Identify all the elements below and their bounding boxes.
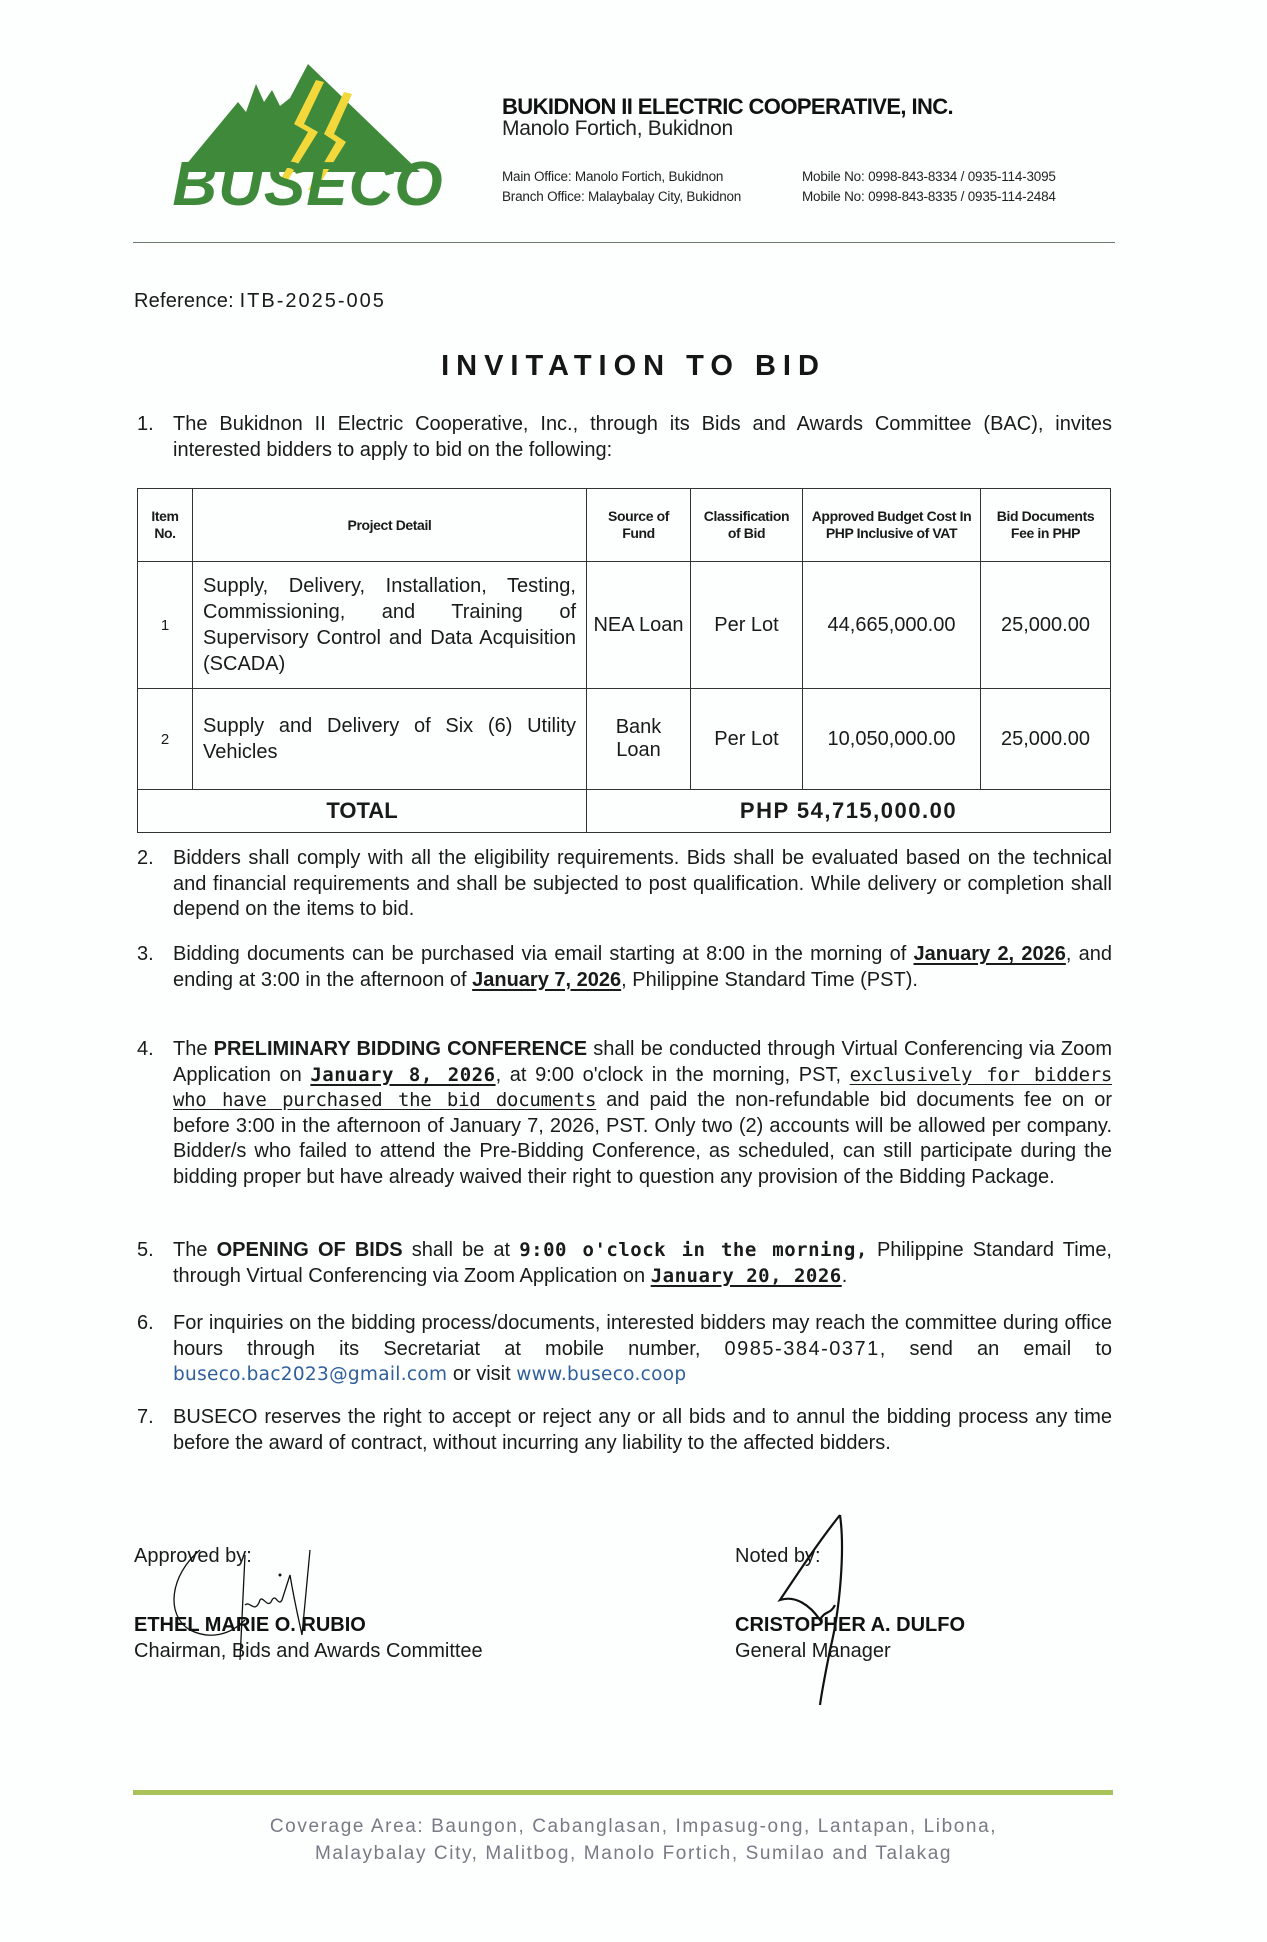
text-segment: shall be at bbox=[403, 1239, 520, 1261]
paragraph-number: 7. bbox=[137, 1405, 154, 1431]
cell-item-no: 1 bbox=[138, 562, 193, 689]
cell-source-of-fund: Bank Loan bbox=[587, 689, 691, 790]
purchase-start-date: January 2, 2026 bbox=[914, 943, 1066, 965]
org-location: Manolo Fortich, Bukidnon bbox=[502, 117, 733, 141]
paragraph-number: 1. bbox=[137, 412, 154, 438]
paragraph-5: 5. The OPENING OF BIDS shall be at 9:00 … bbox=[137, 1238, 1112, 1289]
paragraph-7: 7. BUSECO reserves the right to accept o… bbox=[137, 1405, 1112, 1456]
table-header-row: Item No. Project Detail Source of Fund C… bbox=[138, 489, 1111, 562]
header-divider bbox=[133, 242, 1115, 243]
paragraph-text: The OPENING OF BIDS shall be at 9:00 o'c… bbox=[173, 1238, 1112, 1289]
text-segment: , send an email to bbox=[880, 1338, 1112, 1360]
paragraph-text: Bidding documents can be purchased via e… bbox=[173, 942, 1112, 993]
text-segment: The bbox=[173, 1239, 217, 1261]
cell-abc: 10,050,000.00 bbox=[803, 689, 981, 790]
paragraph-number: 6. bbox=[137, 1311, 154, 1337]
preliminary-conference-label: PRELIMINARY BIDDING CONFERENCE bbox=[214, 1038, 587, 1060]
paragraph-3: 3. Bidding documents can be purchased vi… bbox=[137, 942, 1112, 993]
mountain-bolt-logo-icon: BUSECO bbox=[168, 62, 458, 210]
total-label: TOTAL bbox=[138, 790, 587, 833]
email-link[interactable]: buseco.bac2023@gmail.com bbox=[173, 1364, 447, 1385]
text-segment: or visit bbox=[447, 1363, 516, 1385]
paragraph-6: 6. For inquiries on the bidding process/… bbox=[137, 1311, 1112, 1388]
cell-classification: Per Lot bbox=[691, 689, 803, 790]
signature-icon bbox=[760, 1510, 920, 1710]
signature-icon bbox=[160, 1545, 380, 1665]
cell-project-detail: Supply and Delivery of Six (6) Utility V… bbox=[193, 689, 587, 790]
table-total-row: TOTAL PHP 54,715,000.00 bbox=[138, 790, 1111, 833]
main-office: Main Office: Manolo Fortich, Bukidnon bbox=[502, 169, 723, 184]
cell-project-detail: Supply, Delivery, Installation, Testing,… bbox=[193, 562, 587, 689]
paragraph-1: 1. The Bukidnon II Electric Cooperative,… bbox=[137, 412, 1112, 463]
branch-office: Branch Office: Malaybalay City, Bukidnon bbox=[502, 189, 741, 204]
text-segment: . bbox=[842, 1265, 848, 1287]
reference: Reference: ITB-2025-005 bbox=[134, 290, 386, 313]
cell-item-no: 2 bbox=[138, 689, 193, 790]
bid-items-table: Item No. Project Detail Source of Fund C… bbox=[137, 488, 1111, 833]
purchase-end-date: January 7, 2026 bbox=[472, 969, 621, 991]
main-mobile: Mobile No: 0998-843-8334 / 0935-114-3095 bbox=[802, 169, 1056, 184]
footer-divider bbox=[133, 1790, 1113, 1795]
cell-abc: 44,665,000.00 bbox=[803, 562, 981, 689]
total-amount: PHP 54,715,000.00 bbox=[587, 790, 1111, 833]
paragraph-number: 2. bbox=[137, 846, 154, 872]
secretariat-phone: 0985-384-0371 bbox=[725, 1338, 880, 1360]
branch-mobile: Mobile No: 0998-843-8335 / 0935-114-2484 bbox=[802, 189, 1056, 204]
cell-fee: 25,000.00 bbox=[981, 689, 1111, 790]
paragraph-4: 4. The PRELIMINARY BIDDING CONFERENCE sh… bbox=[137, 1037, 1112, 1190]
paragraph-2: 2. Bidders shall comply with all the eli… bbox=[137, 846, 1112, 923]
cell-source-of-fund: NEA Loan bbox=[587, 562, 691, 689]
text-segment: , Philippine Standard Time (PST). bbox=[621, 969, 918, 991]
opening-date: January 20, 2026 bbox=[651, 1265, 842, 1287]
paragraph-text: BUSECO reserves the right to accept or r… bbox=[173, 1405, 1112, 1456]
header-classification: Classification of Bid bbox=[691, 489, 803, 562]
paragraph-number: 4. bbox=[137, 1037, 154, 1063]
conference-date: January 8, 2026 bbox=[310, 1064, 495, 1086]
text-segment: , at 9:00 o'clock in the morning, PST, bbox=[496, 1064, 850, 1086]
coverage-area-line-2: Malaybalay City, Malitbog, Manolo Fortic… bbox=[0, 1840, 1267, 1867]
cell-classification: Per Lot bbox=[691, 562, 803, 689]
approver-signature bbox=[160, 1545, 380, 1665]
reference-number: ITB-2025-005 bbox=[240, 290, 386, 312]
buseco-logo: BUSECO bbox=[168, 62, 458, 210]
header-item-no: Item No. bbox=[138, 489, 193, 562]
page-title: INVITATION TO BID bbox=[0, 350, 1267, 383]
paragraph-text: The PRELIMINARY BIDDING CONFERENCE shall… bbox=[173, 1037, 1112, 1190]
cell-fee: 25,000.00 bbox=[981, 562, 1111, 689]
paragraph-text: Bidders shall comply with all the eligib… bbox=[173, 846, 1112, 923]
header-fee: Bid Documents Fee in PHP bbox=[981, 489, 1111, 562]
header-project-detail: Project Detail bbox=[193, 489, 587, 562]
table-row: 1 Supply, Delivery, Installation, Testin… bbox=[138, 562, 1111, 689]
paragraph-number: 5. bbox=[137, 1238, 154, 1264]
paragraph-number: 3. bbox=[137, 942, 154, 968]
opening-of-bids-label: OPENING OF BIDS bbox=[217, 1239, 403, 1261]
svg-text:BUSECO: BUSECO bbox=[172, 150, 443, 210]
text-segment: Bidding documents can be purchased via e… bbox=[173, 943, 914, 965]
table-row: 2 Supply and Delivery of Six (6) Utility… bbox=[138, 689, 1111, 790]
opening-time: 9:00 o'clock in the morning, bbox=[519, 1239, 868, 1261]
header-abc: Approved Budget Cost In PHP Inclusive of… bbox=[803, 489, 981, 562]
reference-label: Reference: bbox=[134, 290, 240, 312]
header-source-of-fund: Source of Fund bbox=[587, 489, 691, 562]
text-segment: The bbox=[173, 1038, 214, 1060]
noter-signature bbox=[760, 1510, 920, 1710]
paragraph-text: The Bukidnon II Electric Cooperative, In… bbox=[173, 412, 1112, 463]
coverage-area-line-1: Coverage Area: Baungon, Cabanglasan, Imp… bbox=[0, 1813, 1267, 1840]
paragraph-text: For inquiries on the bidding process/doc… bbox=[173, 1311, 1112, 1388]
website-link[interactable]: www.buseco.coop bbox=[516, 1364, 686, 1385]
